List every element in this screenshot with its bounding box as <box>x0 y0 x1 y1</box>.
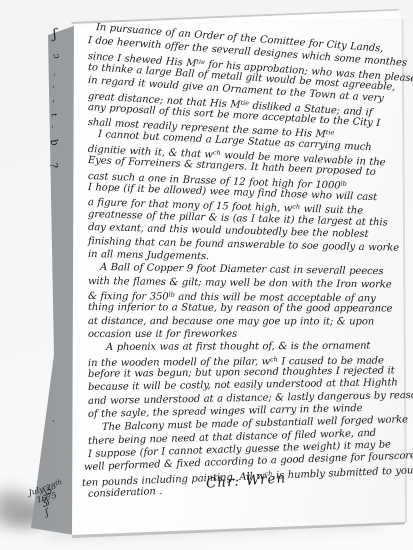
handwriting-fragment: · <box>52 418 55 427</box>
handwriting-fragment: ʃ <box>52 28 57 41</box>
letter-body: In pursuance of an Order of the Comittee… <box>88 21 396 501</box>
letter-lines: In pursuance of an Order of the Comittee… <box>88 21 396 501</box>
handwriting-fragment: · <box>51 124 54 133</box>
handwriting-fragment: · <box>52 84 55 93</box>
handwriting-fragment: t <box>49 112 58 117</box>
handwriting-fragment: ' <box>51 100 55 108</box>
handwriting-fragment: · <box>53 72 56 81</box>
letter-line: at distance, and because one may goe up … <box>88 315 396 329</box>
handwriting-fragment: ? <box>47 162 58 170</box>
handwriting-fragment: ʃ <box>45 509 50 518</box>
handwriting-fragment: ɔ <box>50 53 60 61</box>
canvas-print-photo: ʃɔ··'t·b?·ʃʒʒʃʃ In pursuance of an Order… <box>0 0 413 550</box>
letter-line: thing inferior to a Statue, by reason of… <box>88 301 396 316</box>
handwriting-fragment: b <box>47 138 59 147</box>
